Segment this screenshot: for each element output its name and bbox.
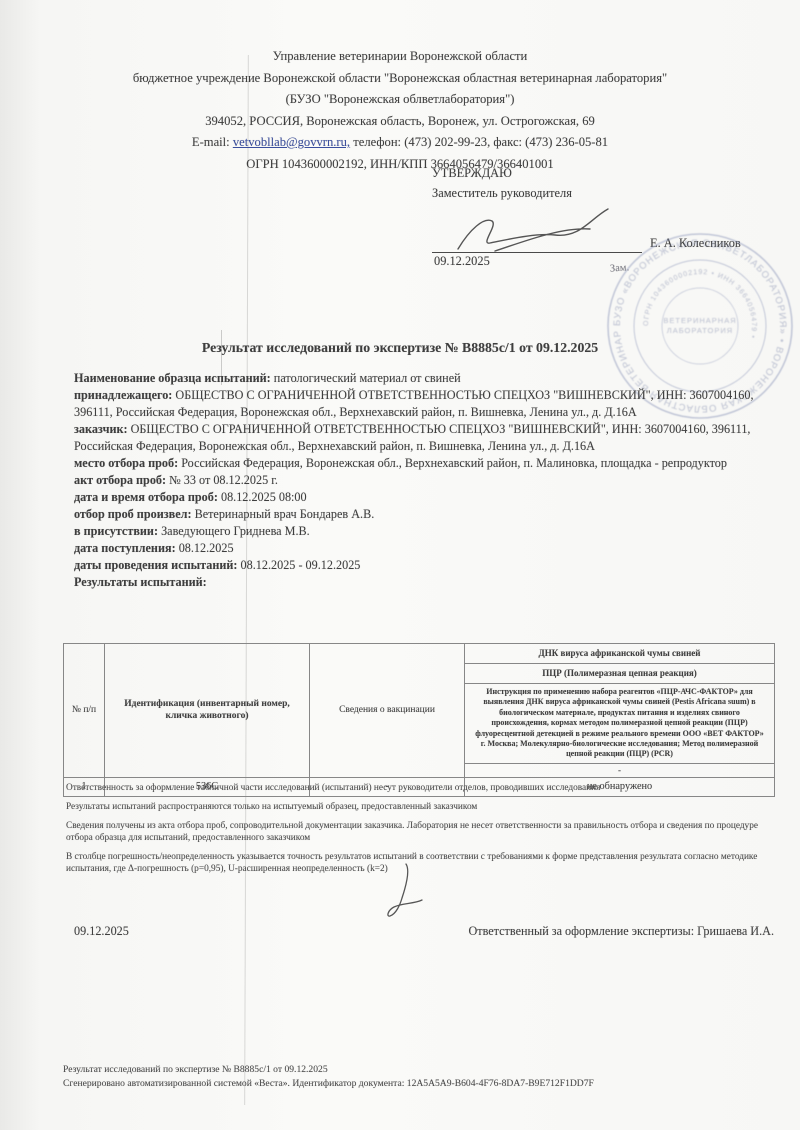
field-value: 08.12.2025 08:00 bbox=[221, 490, 307, 504]
field-results-heading: Результаты испытаний: bbox=[74, 574, 772, 591]
approval-block: УТВЕРЖДАЮ Заместитель руководителя Е. А.… bbox=[432, 163, 777, 203]
field-label: заказчик: bbox=[74, 422, 128, 436]
field-label: отбор проб произвел: bbox=[74, 507, 192, 521]
document-fields: Наименование образца испытаний: патологи… bbox=[74, 370, 772, 591]
page-footer: Результат исследований по экспертизе № В… bbox=[63, 1063, 773, 1091]
field-label: принадлежащего: bbox=[74, 388, 172, 402]
field-label: акт отбора проб: bbox=[74, 473, 166, 487]
field-label: дата и время отбора проб: bbox=[74, 490, 218, 504]
letterhead: Управление ветеринарии Воронежской облас… bbox=[40, 46, 760, 175]
footnote: Результаты испытаний распространяются то… bbox=[66, 801, 774, 813]
approve-word: УТВЕРЖДАЮ bbox=[432, 163, 777, 183]
field-label: в присутствии: bbox=[74, 524, 158, 538]
letterhead-address: 394052, РОССИЯ, Воронежская область, Вор… bbox=[40, 111, 760, 133]
results-table-wrap: № п/п Идентификация (инвентарный номер, … bbox=[63, 643, 775, 797]
field-label: дата поступления: bbox=[74, 541, 176, 555]
field-receipt-date: дата поступления: 08.12.2025 bbox=[74, 540, 772, 557]
method-target: ДНК вируса африканской чумы свиней bbox=[465, 644, 775, 664]
phone-fax: телефон: (473) 202-99-23, факс: (473) 23… bbox=[353, 135, 608, 149]
field-test-dates: даты проведения испытаний: 08.12.2025 - … bbox=[74, 557, 772, 574]
field-value: ОБЩЕСТВО С ОГРАНИЧЕННОЙ ОТВЕТСТВЕННОСТЬЮ… bbox=[74, 422, 750, 453]
field-value: Заведующего Гриднева М.В. bbox=[161, 524, 310, 538]
results-table: № п/п Идентификация (инвентарный номер, … bbox=[63, 643, 775, 797]
field-value: № 33 от 08.12.2025 г. bbox=[169, 473, 278, 487]
footnote: Сведения получены из акта отбора проб, с… bbox=[66, 820, 774, 844]
field-sample-name: Наименование образца испытаний: патологи… bbox=[74, 370, 772, 387]
col-header-number: № п/п bbox=[64, 644, 105, 778]
letterhead-org-line3: (БУЗО "Воронежская облветлаборатория") bbox=[40, 89, 760, 111]
col-header-identification: Идентификация (инвентарный номер, кличка… bbox=[105, 644, 310, 778]
col-header-vaccination: Сведения о вакцинации bbox=[310, 644, 465, 778]
stamp-center-line1: ВЕТЕРИНАРНАЯ bbox=[663, 316, 736, 325]
responsible-signature bbox=[376, 860, 442, 922]
email-link[interactable]: vetvobllab@govvrn.ru, bbox=[233, 135, 350, 149]
field-owner: принадлежащего: ОБЩЕСТВО С ОГРАНИЧЕННОЙ … bbox=[74, 387, 772, 421]
method-uncertainty: - bbox=[465, 763, 775, 777]
method-type: ПЦР (Полимеразная цепная реакция) bbox=[465, 664, 775, 684]
field-sampling-place: место отбора проб: Российская Федерация,… bbox=[74, 455, 772, 472]
letterhead-org-line2: бюджетное учреждение Воронежской области… bbox=[40, 68, 760, 90]
approval-date: 09.12.2025 bbox=[434, 251, 490, 271]
field-customer: заказчик: ОБЩЕСТВО С ОГРАНИЧЕННОЙ ОТВЕТС… bbox=[74, 421, 772, 455]
field-value: 08.12.2025 - 09.12.2025 bbox=[241, 558, 361, 572]
field-value: патологический материал от свиней bbox=[274, 371, 461, 385]
field-value: Российская Федерация, Воронежская обл., … bbox=[181, 456, 727, 470]
field-label: даты проведения испытаний: bbox=[74, 558, 238, 572]
field-in-presence: в присутствии: Заведующего Гриднева М.В. bbox=[74, 523, 772, 540]
letterhead-org-line1: Управление ветеринарии Воронежской облас… bbox=[40, 46, 760, 68]
method-description: Инструкция по применению набора реагенто… bbox=[465, 684, 775, 764]
field-sampled-by: отбор проб произвел: Ветеринарный врач Б… bbox=[74, 506, 772, 523]
document-title: Результат исследований по экспертизе № В… bbox=[40, 340, 760, 356]
signoff-date: 09.12.2025 bbox=[74, 924, 129, 939]
field-value: Ветеринарный врач Бондарев А.В. bbox=[195, 507, 375, 521]
email-label: E-mail: bbox=[192, 135, 230, 149]
footer-generated-by: Сгенерировано автоматизированной системо… bbox=[63, 1077, 773, 1091]
signoff-row: 09.12.2025 Ответственный за оформление э… bbox=[74, 924, 774, 939]
signoff-responsible: Ответственный за оформление экспертизы: … bbox=[468, 924, 774, 939]
field-label: место отбора проб: bbox=[74, 456, 178, 470]
field-sampling-datetime: дата и время отбора проб: 08.12.2025 08:… bbox=[74, 489, 772, 506]
field-sampling-act: акт отбора проб: № 33 от 08.12.2025 г. bbox=[74, 472, 772, 489]
letterhead-contacts: E-mail: vetvobllab@govvrn.ru, телефон: (… bbox=[40, 132, 760, 154]
field-label: Результаты испытаний: bbox=[74, 575, 207, 589]
scanned-document: Управление ветеринарии Воронежской облас… bbox=[0, 0, 800, 1130]
footnote: Ответственность за оформление табличной … bbox=[66, 782, 774, 794]
stamp-center-line2: ЛАБОРАТОРИЯ bbox=[667, 326, 733, 335]
field-label: Наименование образца испытаний: bbox=[74, 371, 271, 385]
footer-expertise-ref: Результат исследований по экспертизе № В… bbox=[63, 1063, 773, 1077]
field-value: ОБЩЕСТВО С ОГРАНИЧЕННОЙ ОТВЕТСТВЕННОСТЬЮ… bbox=[74, 388, 754, 419]
field-value: 08.12.2025 bbox=[179, 541, 234, 555]
